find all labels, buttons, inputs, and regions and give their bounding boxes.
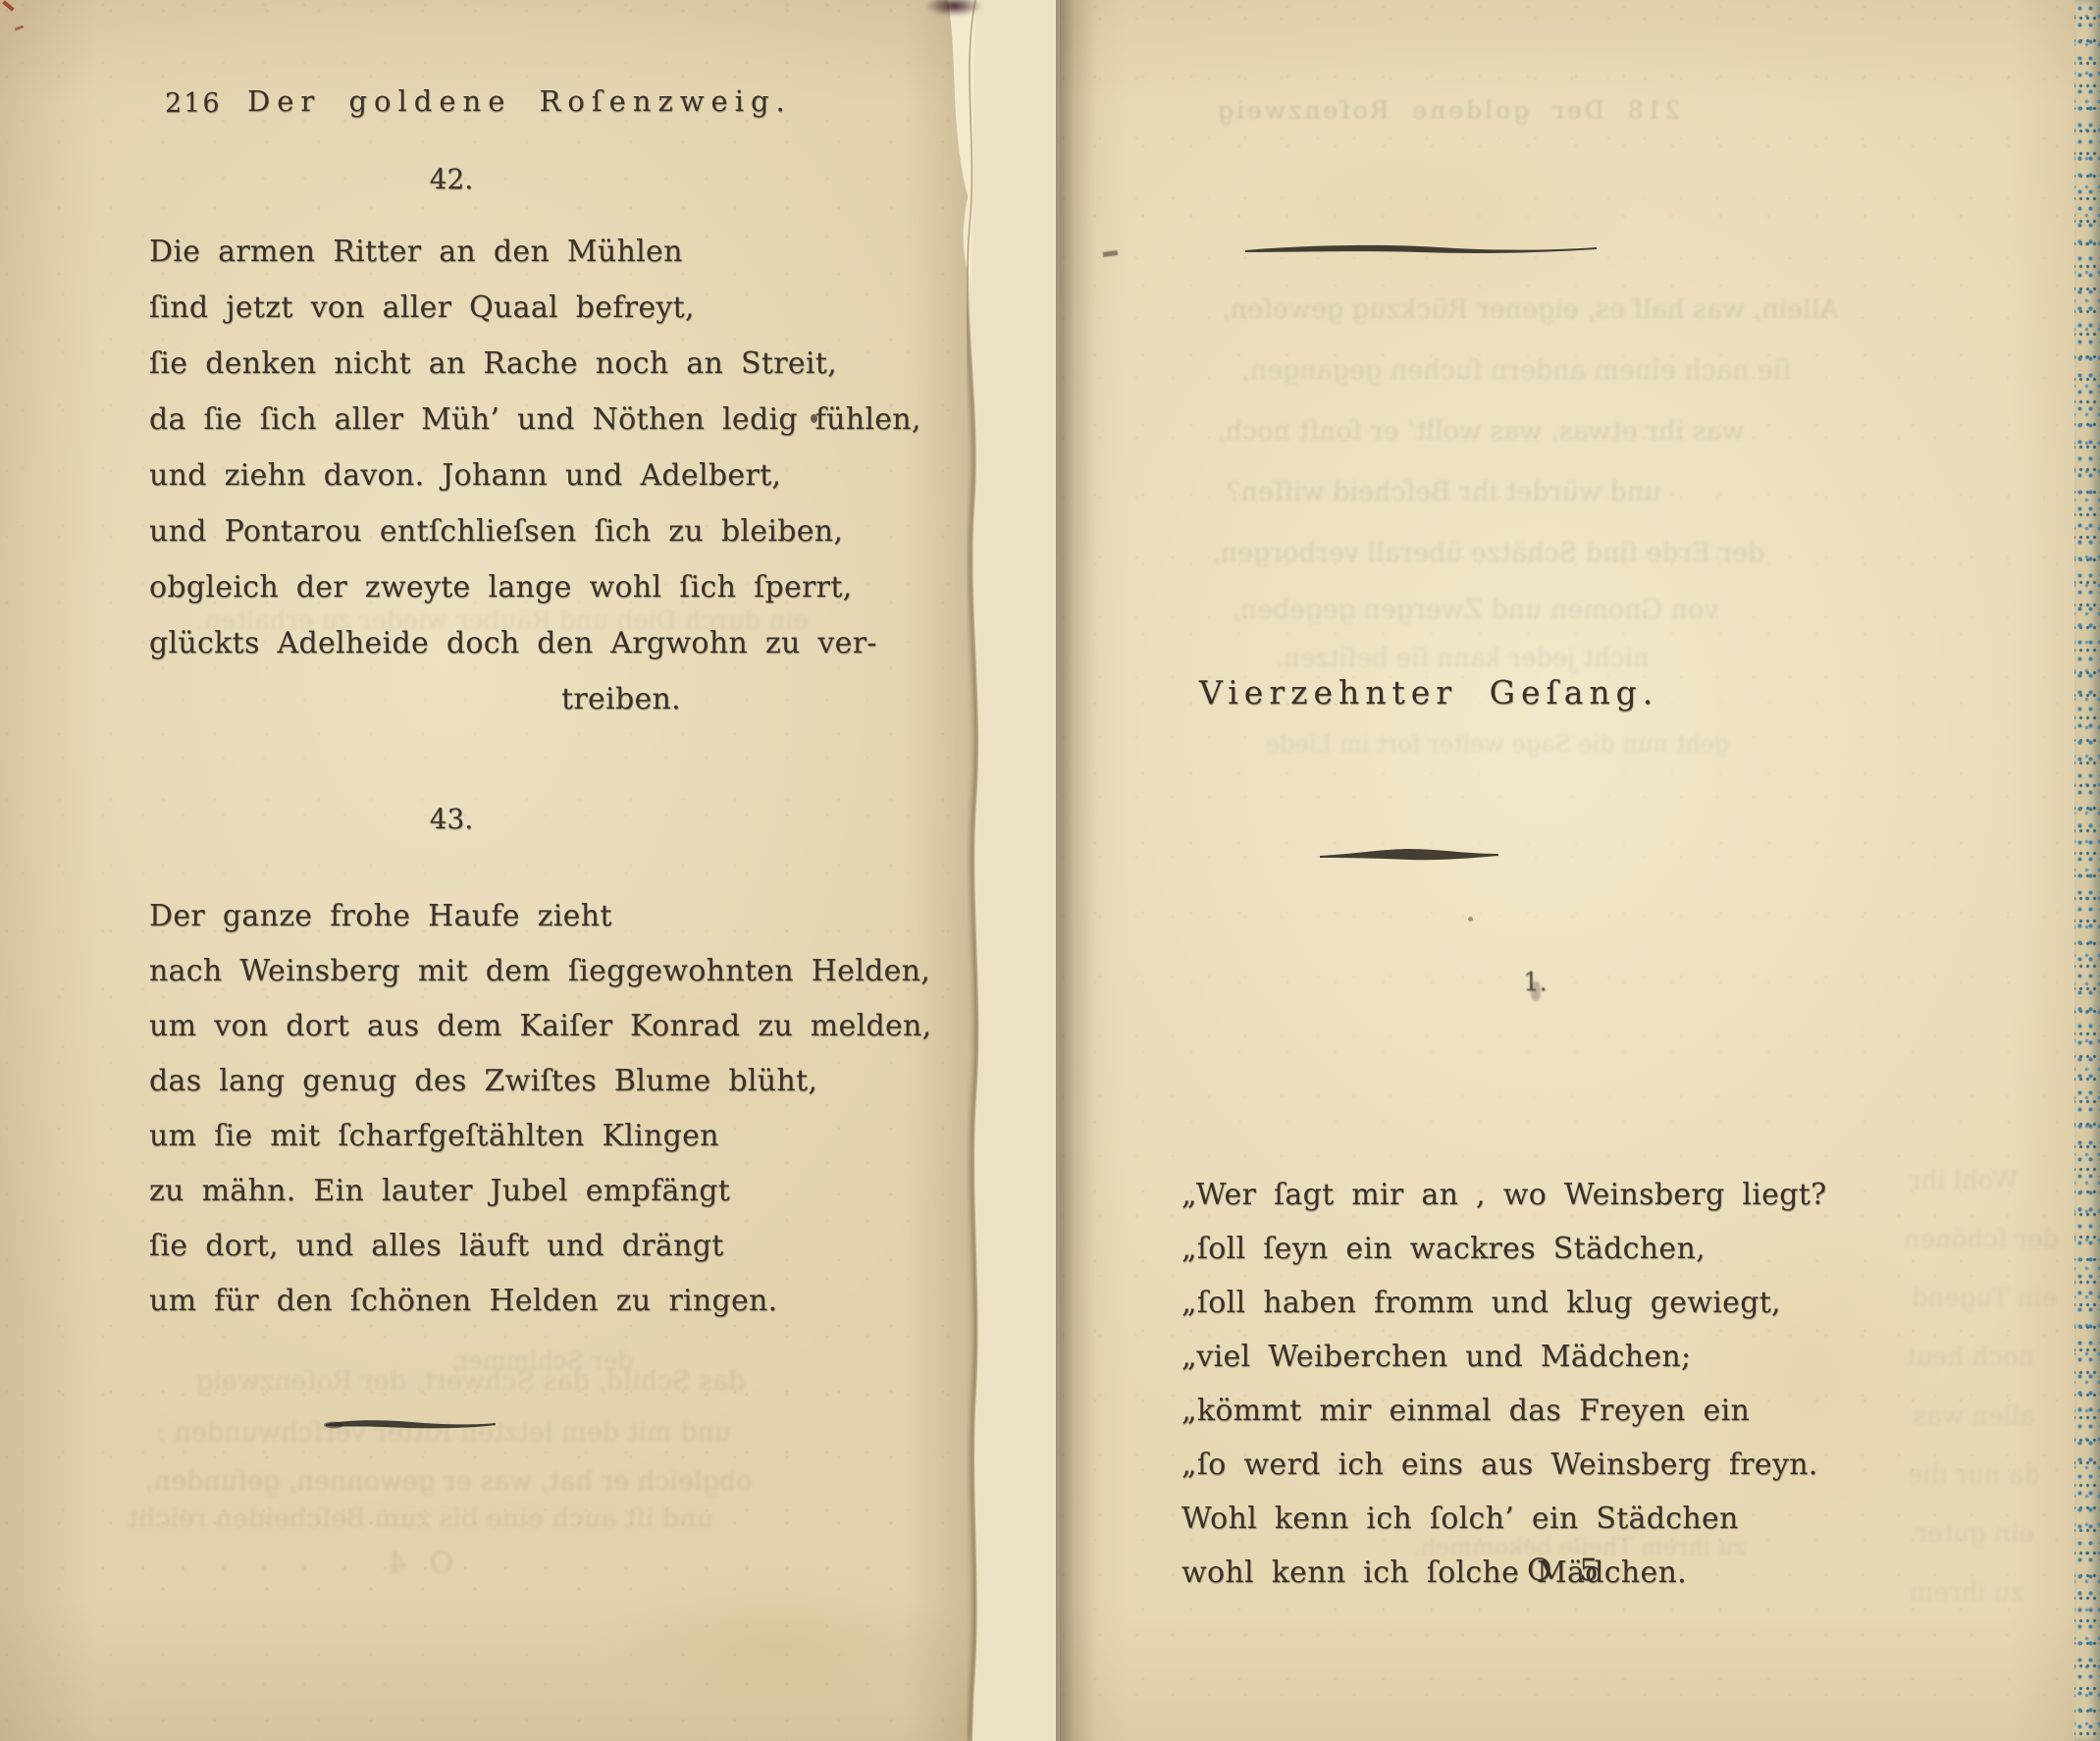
bleedthrough-line: der Erde ſind Schätze überall verborgen, [1212,538,1764,568]
poem-line: ſie dort, und alles läuft und drängt [149,1219,932,1274]
bleedthrough-margin-line: allen was [1914,1401,2035,1431]
separator-rule-mid [1317,846,1501,864]
poem-line: das lang genug des Zwiſtes Blume blüht, [149,1054,932,1109]
poem-line: obgleich der zweyte lange wohl ſich ſper… [149,559,921,615]
poem-line: „Wer ſagt mir an , wo Weinsberg liegt? [1181,1168,1826,1222]
poem-line: zu mähn. Ein lauter Jubel empfängt [149,1164,932,1219]
poem-line: ſind jetzt von aller Quaal befreyt, [149,280,921,336]
poem-line: nach Weinsberg mit dem ſieggewohnten Hel… [149,944,932,999]
chapter-title: Vierzehnter Geſang. [1199,673,1658,712]
poem-line: Der ganze frohe Haufe zieht [149,889,932,944]
stanza-number-1: 1. [1523,968,1548,997]
stanza-42: Die armen Ritter an den Mühlen ſind jetz… [149,224,921,727]
poem-line: treiben. [149,671,921,727]
spine-shadow-top [916,0,992,20]
bleedthrough-margin-line: ein Tugend [1912,1284,2057,1313]
bleedthrough-line: von Gnomen und Zwergen gegeben, [1232,595,1719,625]
bleedthrough-line: das Schild, das Schwert, der Roſenzweig [196,1366,745,1397]
bleedthrough-margin-line: ein guter [1916,1519,2033,1549]
bleedthrough-margin-line: Wohl ihr [1909,1166,2018,1195]
poem-line: „ſoll ſeyn ein wackres Städchen, [1181,1222,1826,1276]
poem-line: um von dort aus dem Kaiſer Konrad zu mel… [149,999,932,1054]
poem-line: und Pontarou entſchlieſsen ſich zu bleib… [149,503,921,559]
stanza-number-43: 43. [147,803,756,835]
bleedthrough-margin-line: der ſchönen [1904,1225,2059,1254]
bleedthrough-line: obgleich er hat, was er gewonnen, gefund… [145,1466,752,1497]
poem-line: und ziehn davon. Johann und Adelbert, [149,448,921,503]
poem-line: Die armen Ritter an den Mühlen [149,224,921,280]
poem-line: wohl kenn ich ſolche Mädchen. [1181,1546,1826,1600]
poem-line: da ſie ſich aller Müh’ und Nöthen ledig … [149,392,921,448]
bleedthrough-line: geht nun die Sage weiter fort im Liede [1266,730,1729,758]
bleedthrough-line: was ihr etwas, was wollt’ er ſonſt noch, [1217,416,1745,447]
separator-rule-top [1242,241,1600,257]
poem-line: „viel Weiberchen und Mädchen; [1181,1330,1826,1384]
edge-speckle-strip [2074,0,2100,1741]
book-spread-scan: ein durch Dieb und Räuber wieder zu erha… [0,0,2100,1741]
separator-rule-left [324,1417,499,1431]
signature-mark: O 5 [1527,1553,1607,1588]
poem-line: um für den ſchönen Helden zu ringen. [149,1274,932,1329]
bleedthrough-margin-line: zu ihrem [1910,1578,2023,1608]
bleedthrough-line: und iſt auch eine bis zum Beſcheiden rei… [128,1504,713,1534]
bleedthrough-line: und würdet ihr Beſcheid wiſſen? [1227,477,1661,507]
running-title: Der goldene Roſenzweig. [247,84,792,118]
bleedthrough-line: Allein, was half es, eigener Rückzug gew… [1222,294,1839,325]
bleedthrough-line: nicht jeder kann ſie beſitzen. [1276,644,1649,673]
poem-line: „kömmt mir einmal das Freyen ein [1181,1384,1826,1438]
poem-line: ſie denken nicht an Rache noch an Streit… [149,336,921,392]
stanza-number-42: 42. [147,163,756,195]
page-number: 216 [165,88,222,119]
bleedthrough-signature: O 4 [381,1547,453,1581]
stanza-1: „Wer ſagt mir an , wo Weinsberg liegt? „… [1181,1168,1826,1600]
poem-line: Wohl kenn ich ſolch’ ein Städchen [1181,1492,1826,1546]
poem-line: „ſo werd ich eins aus Weinsberg freyn. [1181,1438,1826,1492]
poem-line: „ſoll haben fromm und klug gewiegt, [1181,1276,1826,1330]
bleedthrough-running-title: 218 Der goldene Roſenzweig [1215,96,1680,125]
bleedthrough-margin-line: da nur die [1908,1460,2040,1490]
poem-line: glückts Adelheide doch den Argwohn zu ve… [149,615,921,671]
stanza-43: Der ganze frohe Haufe zieht nach Weinsbe… [149,889,932,1329]
poem-line: um ſie mit ſcharfgeſtählten Klingen [149,1109,932,1164]
gutter-crease [1056,0,1097,1741]
bleedthrough-line: ſie nach einem andern ſuchen gegangen, [1241,355,1792,386]
torn-page-stub [932,0,1060,1741]
bleedthrough-margin-line: noch heut [1906,1343,2034,1372]
